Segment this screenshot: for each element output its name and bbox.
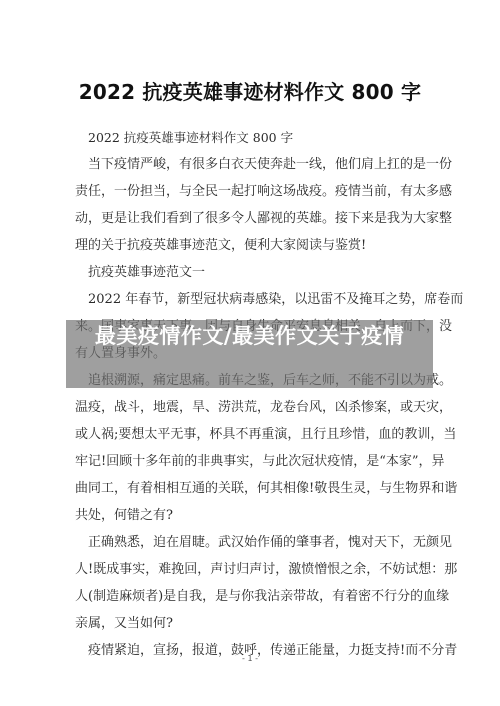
document-line: 2022 年春节，新型冠状病毒感染，以迅雷不及掩耳之势，席卷而 (75, 286, 435, 313)
document-body: 2022 抗疫英雄事迹材料作文 800 字 当下疫情严峻，有很多白衣天使奔赴一线… (75, 124, 435, 664)
document-line: 理的关于抗疫英雄事迹范文，便利大家阅读与鉴赏! (75, 232, 435, 259)
document-line: 曲同工，有着相相互通的关联，何其相像!敬畏生灵，与生物界和谐 (75, 475, 435, 502)
document-line: 当下疫情严峻，有很多白衣天使奔赴一线，他们肩上扛的是一份 (75, 151, 435, 178)
document-line: 动，更是让我们看到了很多令人鄙视的英雄。接下来是我为大家整 (75, 205, 435, 232)
document-line: 亲属，又当如何? (75, 610, 435, 637)
document-line: 人!既成事实，难挽回，声讨归声讨，激愤憎恨之余，不妨试想：那 (75, 556, 435, 583)
document-line: 正确熟悉，迫在眉睫。武汉始作俑的肇事者，愧对天下，无颜见 (75, 529, 435, 556)
document-line: 2022 抗疫英雄事迹材料作文 800 字 (75, 124, 435, 151)
document-line: 责任，一份担当，与全民一起打响这场战疫。疫情当前，有太多感 (75, 178, 435, 205)
document-line: 人(制造麻烦者)是自我，是与你我沾亲带故，有着密不行分的血缘 (75, 583, 435, 610)
overlay-title[interactable]: 最美疫情作文/最美作文关于疫情 (66, 321, 433, 351)
document-title: 2022 抗疫英雄事迹材料作文 800 字 (0, 76, 500, 105)
document-line: 抗疫英雄事迹范文一 (75, 259, 435, 286)
document-line: 牢记!回顾十多年前的非典事实，与此次冠状疫情，是“本家”，异 (75, 448, 435, 475)
document-line: 温疫，战斗，地震，旱、涝洪荒，龙卷台风，凶杀惨案，或天灾， (75, 394, 435, 421)
document-line: 或人祸;要想太平无事，杯具不再重演，且行且珍惜，血的教训，当 (75, 421, 435, 448)
document-line: 共处，何错之有? (75, 502, 435, 529)
page-number: - 1 - (0, 654, 500, 663)
